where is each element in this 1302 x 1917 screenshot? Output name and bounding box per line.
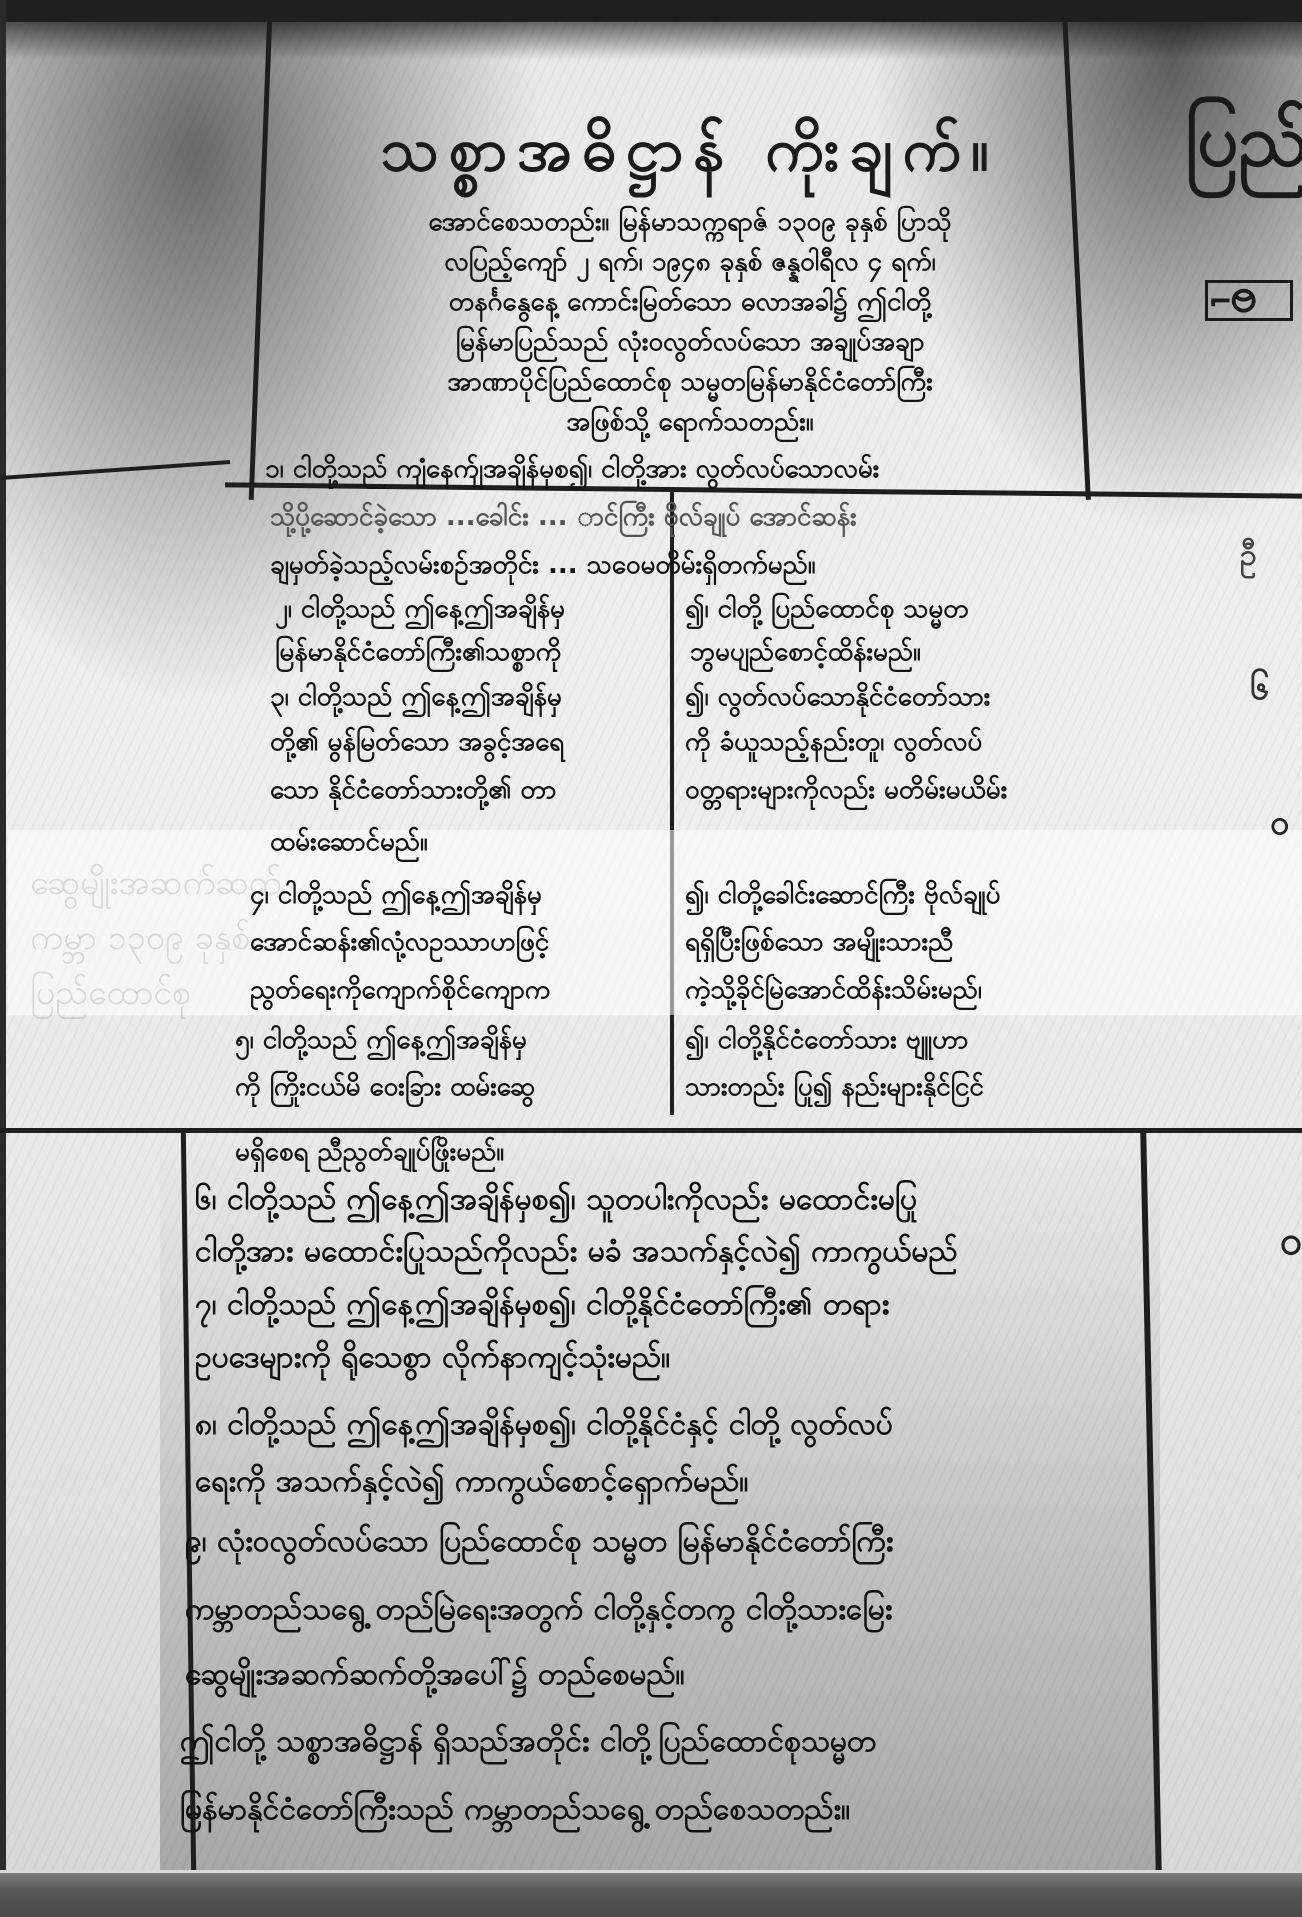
oath-9-line: ၉၊ လုံးဝလွတ်လပ်သော ပြည်ထောင်စု သမ္မတ မြန… bbox=[185, 1522, 893, 1562]
oath-8-line: ရေးကို အသက်နှင့်လဲ၍ ကာကွယ်စောင့်ရှောက်မည… bbox=[195, 1462, 748, 1502]
oath-line-left: ၃၊ ငါတို့သည် ဤနေ့ဤအချိန်မှ bbox=[270, 680, 562, 714]
preamble-line: မြန်မာပြည်သည် လုံးဝလွတ်လပ်သော အချုပ်အချာ bbox=[300, 325, 1080, 359]
oath-line: ၁၊ ငါတို့သည် ကျံနေက်ျအချိန်မှစ၍၊ ငါတို့အ… bbox=[265, 452, 879, 486]
slab-joint-vertical-left-top bbox=[249, 15, 273, 500]
oath-line-right: ကဲ့သို့ခိုင်မြဲအောင်ထိန်းသိမ်းမည်၊ bbox=[685, 973, 982, 1007]
oath-7-line: ၇၊ ငါတို့သည် ဤနေ့ဤအချိန်မှစ၍၊ ငါတို့နိုင… bbox=[195, 1285, 889, 1325]
oath-line-left: ညွတ်ရေးကိုကျောက်စိုင်ကျောက bbox=[250, 973, 550, 1007]
oath-line-left: ကို ကြိုးငယ်မိ ဝေးခြား ထမ်းဆွေ bbox=[235, 1070, 535, 1104]
oath-line-left: ထမ်းဆောင်မည်။ bbox=[270, 825, 428, 859]
oath-line-right: ဝတ္တရားများကိုလည်း မတိမ်းမယိမ်း bbox=[685, 773, 1007, 807]
slab-joint-horizontal-left bbox=[0, 460, 230, 480]
closing-line: မြန်မာနိုင်ငံတော်ကြီးသည် ကမ္ဘာတည်သရွေ့ တ… bbox=[180, 1790, 850, 1830]
oath-line-left: ၄၊ ငါတို့သည် ဤနေ့ဤအချိန်မှ bbox=[250, 878, 542, 912]
oath-line-left: ၂၊ ငါတို့သည် ဤနေ့ဤအချိန်မှ bbox=[275, 592, 565, 626]
oath-7-line: ဥပဒေများကို ရိုသေစွာ လိုက်နာကျင့်သုံးမည်… bbox=[195, 1338, 670, 1378]
oath-line-right: သားတည်း ပြု၍ နည်းများနိုင်ငြင် bbox=[685, 1070, 984, 1104]
top-shadow bbox=[0, 0, 1302, 22]
oath-line-right: ဘွမပျည်စောင့်ထိန်းမည်။ bbox=[690, 635, 921, 669]
slab-joint-horizontal-lower bbox=[0, 1128, 1302, 1133]
oath-line-left: အောင်ဆန်း၏လုံ့လဥဿာဟဖြင့် bbox=[250, 925, 549, 959]
oath-line-right: ၍၊ ငါတို့ ပြည်ထောင်စု သမ္မတ bbox=[685, 592, 969, 626]
oath-line-left: တို့၏ မွန်မြတ်သော အခွင့်အရေ bbox=[270, 725, 564, 759]
oath-line-right: ရရှိပြီးဖြစ်သော အမျိုးသားညီ bbox=[685, 925, 953, 959]
ghost-text: ဆွေမျိုးအဆက်ဆက် bbox=[30, 860, 282, 911]
oath-line-left: ၅၊ ငါတို့သည် ဤနေ့ဤအချိန်မှ bbox=[235, 1023, 527, 1057]
preamble-line: အောင်စေသတည်း။ မြန်မာသက္ကရာဇ် ၁၃၀၉ ခုနှစ်… bbox=[300, 205, 1080, 239]
preamble-line: တနင်္ဂနွေနေ့ ကောင်းမြတ်သော ဓလာအခါ၌ ဤငါတိ… bbox=[300, 285, 1080, 319]
slab-joint-vertical-center bbox=[670, 490, 674, 1115]
oath-line-right: ၍၊ လွတ်လပ်သောနိုင်ငံတော်သား bbox=[685, 680, 990, 714]
base-shadow bbox=[0, 1870, 1302, 1917]
side-glyph: ဦ bbox=[1240, 535, 1257, 580]
oath-8-line: ၈၊ ငါတို့သည် ဤနေ့ဤအချိန်မှစ၍၊ ငါတို့နိုင… bbox=[195, 1405, 893, 1445]
side-glyph: ၀ bbox=[1270, 800, 1289, 851]
preamble-line: အာဏာပိုင်ပြည်ထောင်စု သမ္မတမြန်မာနိုင်ငံတ… bbox=[300, 365, 1080, 399]
side-glyph-top: ပြည် bbox=[1185, 95, 1302, 201]
oath-line-left: သော နိုင်ငံတော်သားတို့၏ တာ bbox=[270, 773, 556, 807]
closing-line: ဤငါတို့ သစ္စာအဓိဋ္ဌာန် ရှိသည်အတိုင်း ငါတ… bbox=[180, 1722, 876, 1762]
oath-9-line: ကမ္ဘာတည်သရွေ့ တည်မြဲရေးအတွက် ငါတို့နှင့်… bbox=[185, 1590, 893, 1630]
oath-6-line: ၆၊ ငါတို့သည် ဤနေ့ဤအချိန်မှစ၍၊ သူတပါးကိုလ… bbox=[195, 1180, 917, 1220]
ghost-text: ကမ္ဘာ ၁၃၀၉ ခုနှစ် bbox=[30, 915, 251, 966]
preamble-line: လပြည့်ကျော် ၂ ရက်၊ ၁၉၄၈ ခုနှစ် ဇန္နဝါရီလ… bbox=[300, 245, 1080, 279]
side-glyph: ဝ bbox=[1280, 1215, 1302, 1274]
oath-line-left: မြန်မာနိုင်ငံတော်ကြီး၏သစ္စာကို bbox=[275, 635, 561, 669]
oath-line-right: ၍၊ ငါတို့ခေါင်းဆောင်ကြီး ဗိုလ်ချုပ် bbox=[685, 878, 1000, 912]
oath-line: ချမှတ်ခဲ့သည့်လမ်းစဉ်အတိုင်း ... သဝေမတိမ်… bbox=[270, 548, 816, 582]
oath-line-right: ၍၊ ငါတို့နိုင်ငံတော်သား ဗျူဟာ bbox=[685, 1023, 968, 1057]
side-glyph: ၆ bbox=[1250, 665, 1269, 716]
ghost-text: ပြည်ထောင်စု bbox=[30, 970, 191, 1021]
oath-line-right: ကို ခံယူသည့်နည်းတူ၊ လွတ်လပ် bbox=[685, 725, 982, 759]
side-glyph-middle: စု bbox=[1205, 280, 1293, 321]
oath-line: သို့ပို့ဆောင်ခဲ့သော ...ခေါင်း ... ာင်ကြီ… bbox=[270, 500, 857, 534]
oath-line: မရှိစေရ ညီညွတ်ချုပ်ဖြိုးမည်။ bbox=[235, 1135, 504, 1169]
preamble-line: အဖြစ်သို့ ရောက်သတည်း။ bbox=[300, 405, 1080, 439]
left-edge bbox=[0, 0, 6, 1917]
oath-9-line: ဆွေမျိုးအဆက်ဆက်တို့အပေါ်၌ တည်စေမည်။ bbox=[185, 1655, 685, 1695]
oath-6-line: ငါတို့အား မထောင်းပြုသည်ကိုလည်း မခံ အသက်န… bbox=[195, 1232, 958, 1272]
inscription-title: သစ္စာအဓိဋ္ဌာန် ကိုးချက်။ bbox=[290, 112, 1090, 200]
